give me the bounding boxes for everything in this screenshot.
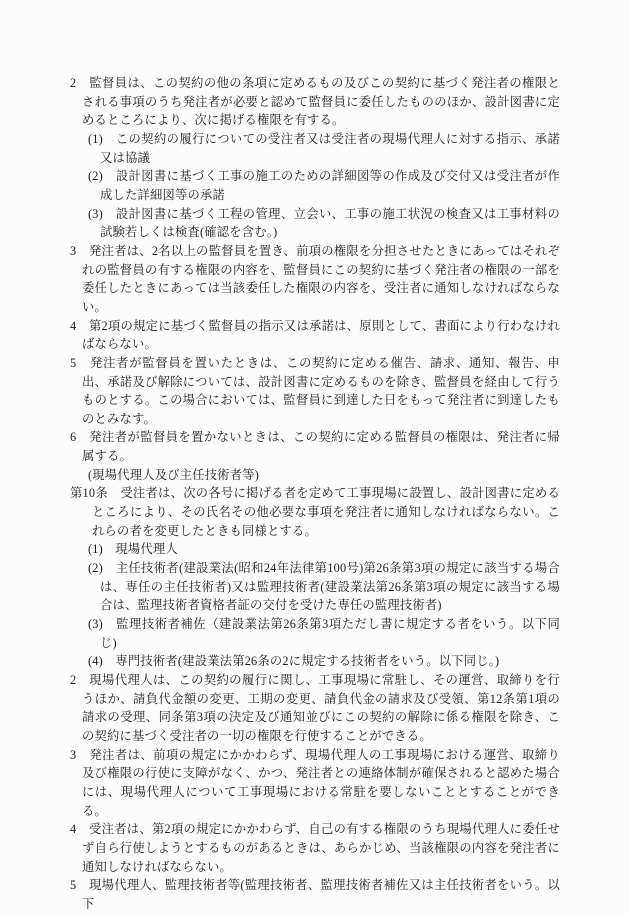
clause-item-3: (3) 設計図書に基づく工程の管理、立会い、工事の施工状況の検査又は工事材料の試… [70,205,560,242]
clause-paragraph-5: 5 発注者が監督員を置いたときは、この契約に定める催告、請求、通知、報告、申出、… [70,354,560,429]
article-10-paragraph-2: 2 現場代理人は、この契約の履行に関し、工事現場に常駐し、その運営、取締りを行う… [70,671,560,746]
clause-item-1: (1) この契約の履行についての受注者又は受注者の現場代理人に対する指示、承諾又… [70,130,560,167]
section-heading: (現場代理人及び主任技術者等) [70,466,560,485]
article-10-item-2: (2) 主任技術者(建設業法(昭和24年法律第100号)第26条第3項の規定に該… [70,559,560,615]
clause-paragraph-3: 3 発注者は、2名以上の監督員を置き、前項の権限を分担させたときにあってはそれぞ… [70,242,560,317]
article-10-paragraph-4: 4 受注者は、第2項の規定にかかわらず、自己の有する権限のうち現場代理人に委任せ… [70,820,560,876]
article-10-paragraph: 第10条 受注者は、次の各号に掲げる者を定めて工事現場に設置し、設計図書に定める… [70,484,560,540]
clause-item-2: (2) 設計図書に基づく工事の施工のための詳細図等の作成及び交付又は受注者が作成… [70,167,560,204]
clause-paragraph-4: 4 第2項の規定に基づく監督員の指示又は承諾は、原則として、書面により行わなけれ… [70,317,560,354]
clause-paragraph-2: 2 監督員は、この契約の他の条項に定めるもの及びこの契約に基づく発注者の権限とさ… [70,74,560,130]
article-10-item-1: (1) 現場代理人 [70,540,560,559]
article-10-paragraph-5: 5 現場代理人、監理技術者等(監理技術者、監理技術者補佐又は主任技術者をいう。以… [70,876,560,903]
article-10-paragraph-3: 3 発注者は、前項の規定にかかわらず、現場代理人の工事現場における運営、取締り及… [70,746,560,821]
article-10-item-4: (4) 専門技術者(建設業法第26条の2に規定する技術者をいう。以下同じ。) [70,652,560,671]
document-page: 2 監督員は、この契約の他の条項に定めるもの及びこの契約に基づく発注者の権限とさ… [0,0,630,903]
article-10-item-3: (3) 監理技術者補佐（建設業法第26条第3項ただし書に規定する者をいう。以下同… [70,615,560,652]
clause-paragraph-6: 6 発注者が監督員を置かないときは、この契約に定める監督員の権限は、発注者に帰属… [70,428,560,465]
